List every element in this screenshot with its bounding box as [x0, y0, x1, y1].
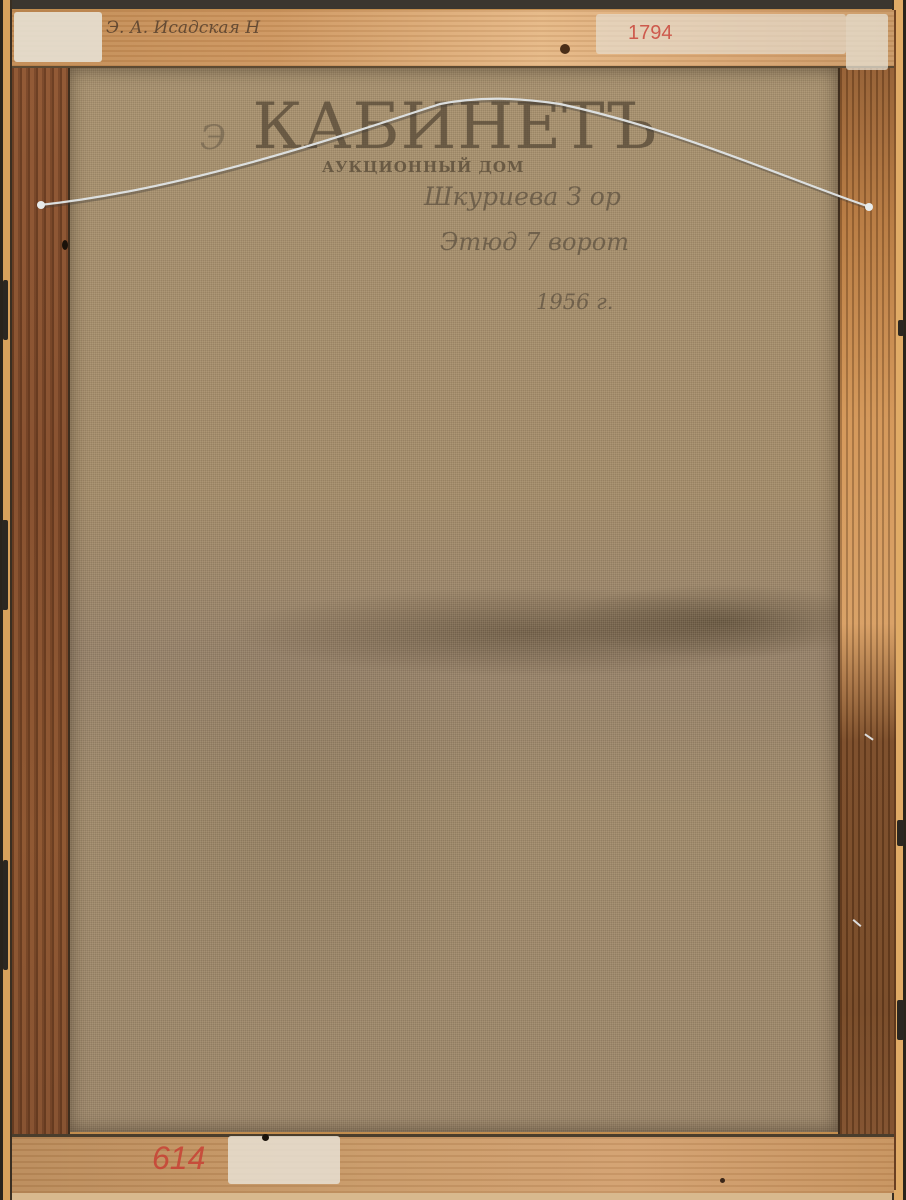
- nail-hole: [62, 240, 68, 250]
- wire-anchor-right: [865, 203, 873, 211]
- painting-back-photo: Э. А. Исадская Н 1794 614 Э Шкуриева З о…: [0, 0, 906, 1200]
- wire-anchor-left: [37, 201, 45, 209]
- nail-hole: [262, 1134, 269, 1141]
- hanging-wire: [0, 0, 906, 1200]
- nail-hole: [720, 1178, 725, 1183]
